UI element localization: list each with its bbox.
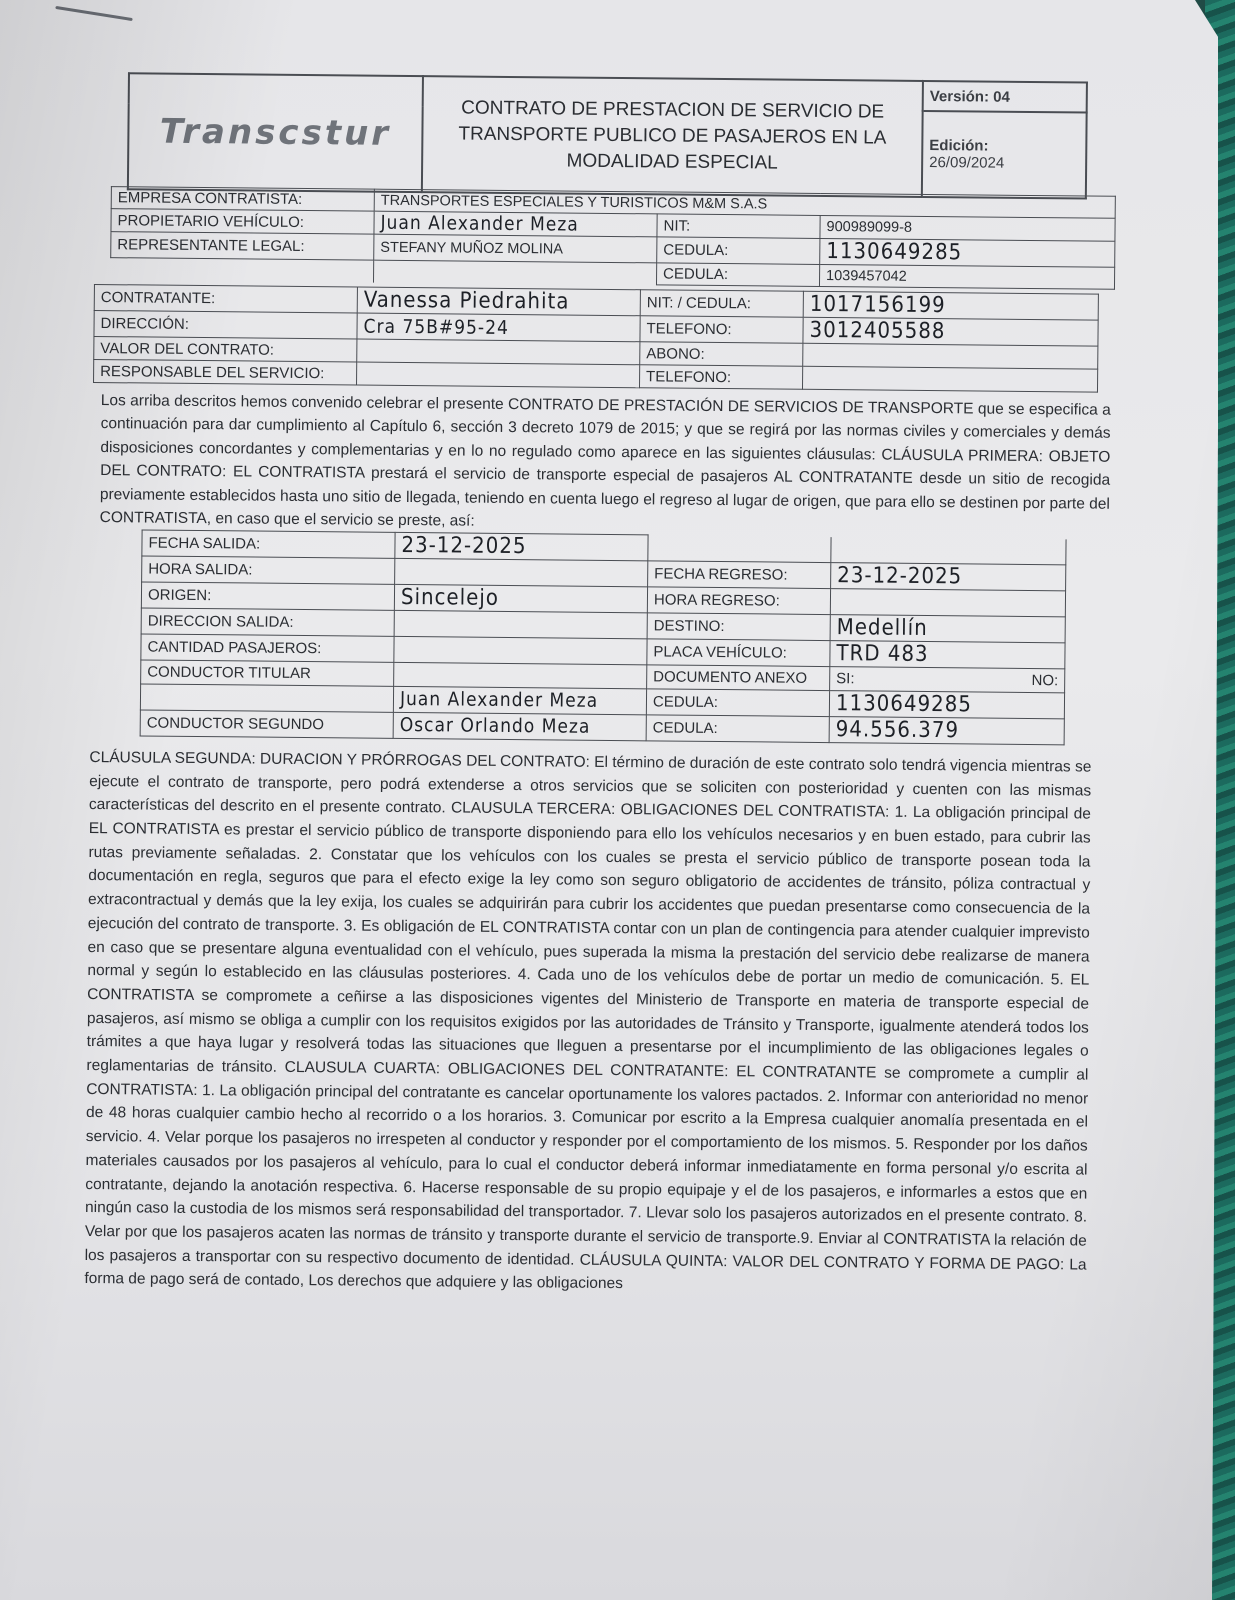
fecha-salida-value: 23-12-2025 (395, 533, 648, 561)
placa-label: PLACA VEHÍCULO: (647, 639, 830, 667)
direccion-value: Cra 75B#95-24 (357, 313, 640, 342)
propietario-cedula-label: CEDULA: (657, 237, 820, 265)
conductor-segundo-value: Oscar Orlando Meza (393, 712, 646, 740)
fecha-regreso-value: 23-12-2025 (831, 563, 1066, 591)
hora-salida-label: HORA SALIDA: (142, 556, 395, 584)
trip-table: FECHA SALIDA: 23-12-2025 HORA SALIDA: FE… (140, 530, 1067, 745)
nit-cedula-value: 1017156199 (803, 291, 1098, 320)
cedula1-value: 1130649285 (829, 691, 1064, 719)
si-checkbox[interactable]: SI: (836, 670, 855, 687)
conductor-titular-label: CONDUCTOR TITULAR (141, 660, 394, 686)
no-checkbox[interactable]: NO: (1031, 672, 1058, 689)
telefono2-label: TELEFONO: (639, 365, 802, 390)
responsable-label: RESPONSABLE DEL SERVICIO: (94, 359, 357, 385)
destino-value: Medellín (830, 615, 1065, 643)
contratante-table: CONTRATANTE: Vanessa Piedrahita NIT: / C… (93, 284, 1099, 393)
document-title: CONTRATO DE PRESTACION DE SERVICIO DE TR… (422, 76, 923, 197)
clauses-paragraph: CLÁUSULA SEGUNDA: DURACION Y PRÓRROGAS D… (84, 746, 1091, 1301)
intro-paragraph: Los arriba descritos hemos convenido cel… (100, 389, 1111, 539)
valor-contrato-label: VALOR DEL CONTRATO: (94, 336, 357, 362)
documento-anexo-label: DOCUMENTO ANEXO (647, 665, 830, 690)
representante-cedula-label: CEDULA: (656, 263, 819, 287)
abono-value (803, 343, 1098, 369)
propietario-cedula-value: 1130649285 (820, 238, 1115, 267)
representante-cedula-value: 1039457042 (819, 264, 1114, 289)
logo-cell: Transcstur (128, 73, 423, 192)
telefono2-value (802, 366, 1097, 392)
empresa-label: EMPRESA CONTRATISTA: (111, 187, 374, 212)
abono-label: ABONO: (640, 342, 803, 367)
nit-cedula-label: NIT: / CEDULA: (640, 290, 803, 318)
nit-label: NIT: (657, 214, 820, 239)
cantidad-pasajeros-value (394, 637, 647, 665)
destino-label: DESTINO: (647, 613, 830, 641)
direccion-salida-value (394, 611, 647, 639)
valor-contrato-value (357, 339, 640, 365)
direccion-salida-label: DIRECCION SALIDA: (141, 608, 394, 636)
conductor-segundo-label: CONDUCTOR SEGUNDO (140, 710, 393, 738)
telefono-label: TELEFONO: (640, 316, 803, 344)
direccion-label: DIRECCIÓN: (94, 310, 357, 339)
hora-salida-value (395, 559, 648, 587)
fecha-salida-label: FECHA SALIDA: (142, 530, 395, 558)
contract-document: Transcstur CONTRATO DE PRESTACION DE SER… (84, 72, 1116, 1301)
nit-value: 900989099-8 (820, 215, 1115, 241)
staple-mark (55, 6, 133, 21)
responsable-value (357, 362, 640, 388)
origen-label: ORIGEN: (141, 582, 394, 610)
edition-label: Edición: (929, 137, 1079, 155)
representante-label: REPRESENTANTE LEGAL: (111, 232, 374, 261)
edition-cell: Edición: 26/09/2024 (922, 111, 1087, 199)
company-logo: Transcstur (160, 112, 392, 154)
document-header: Transcstur CONTRATO DE PRESTACION DE SER… (127, 72, 1088, 199)
hora-regreso-value (830, 589, 1065, 617)
telefono-value: 3012405588 (803, 317, 1098, 346)
propietario-value: Juan Alexander Meza (374, 211, 657, 237)
contratante-value: Vanessa Piedrahita (357, 287, 640, 316)
conductor-titular-value: Juan Alexander Meza (393, 686, 646, 714)
cedula2-value: 94.556.379 (829, 717, 1064, 745)
company-table: EMPRESA CONTRATISTA: TRANSPORTES ESPECIA… (110, 186, 1116, 290)
cedula2-label: CEDULA: (646, 715, 829, 743)
hora-regreso-label: HORA REGRESO: (647, 587, 830, 615)
propietario-label: PROPIETARIO VEHÍCULO: (111, 209, 374, 235)
paper-sheet: Transcstur CONTRATO DE PRESTACION DE SER… (0, 0, 1218, 1600)
origen-value: Sincelejo (394, 585, 647, 613)
cedula1-label: CEDULA: (646, 689, 829, 717)
edition-date: 26/09/2024 (929, 154, 1004, 172)
cantidad-pasajeros-label: CANTIDAD PASAJEROS: (141, 634, 394, 662)
version-label: Versión: 04 (923, 81, 1087, 113)
placa-value: TRD 483 (830, 641, 1065, 669)
representante-value: STEFANY MUÑOZ MOLINA (374, 234, 657, 263)
documento-anexo-options: SI: NO: (830, 667, 1065, 693)
contratante-label: CONTRATANTE: (94, 284, 357, 313)
fecha-regreso-label: FECHA REGRESO: (648, 561, 831, 589)
